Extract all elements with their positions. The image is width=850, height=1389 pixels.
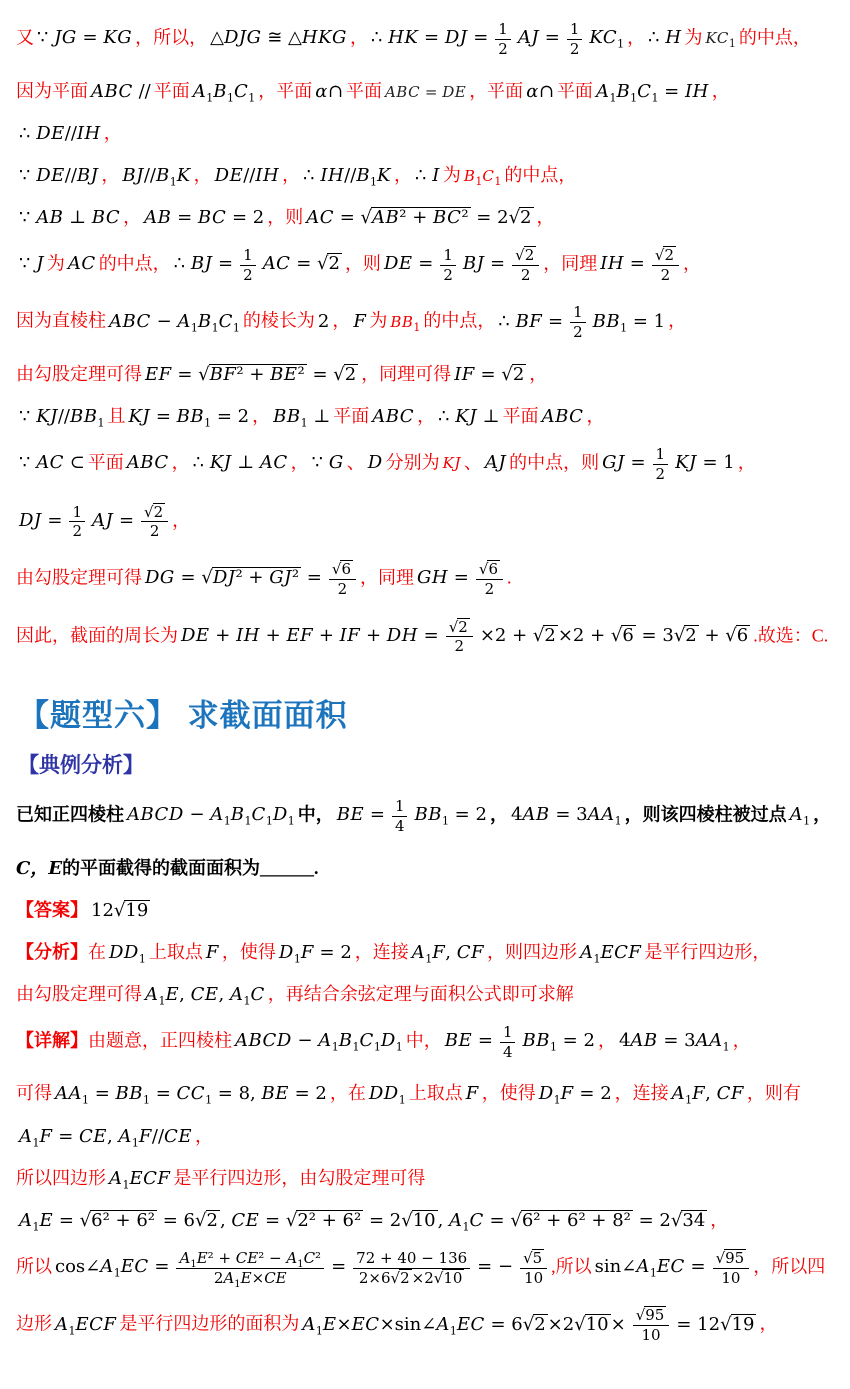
math-variable: C	[482, 167, 494, 185]
math-variable: F	[692, 1083, 705, 1104]
text-run: 因为直棱柱	[16, 311, 106, 331]
text-run: .故选：C.	[753, 625, 828, 645]
math-variable: AA	[55, 1083, 82, 1104]
solution-line: ∴ DE//IH，	[16, 120, 835, 147]
text-run: 由勾股定理可得	[16, 364, 142, 384]
radical: √2	[195, 1210, 220, 1231]
numerator: √2	[446, 618, 473, 638]
math-variable: AA	[696, 1030, 723, 1051]
text-run: ，	[813, 804, 831, 824]
subscript: 1	[396, 1041, 403, 1054]
math-variable: C	[360, 1030, 374, 1051]
math-variable: DJ	[213, 567, 236, 588]
example-line: 【分析】在DD1上取点F，使得D1F = 2，连接A1F, CF，则四边形A1E…	[16, 939, 835, 966]
radicand: 2	[327, 253, 341, 274]
fraction: 12	[240, 246, 256, 285]
math-variable: A	[672, 1083, 686, 1104]
text-run: 、	[347, 452, 365, 472]
math-variable: B	[616, 81, 630, 102]
text-run: 是平行四边形，由勾股定理可得	[173, 1168, 425, 1188]
text-run: 是平行四边形，	[644, 942, 770, 962]
example-line: 可得AA1 = BB1 = CC1 = 8, BE = 2，在DD1上取点F，使…	[16, 1080, 835, 1107]
text-run: 中，	[406, 1030, 442, 1050]
radical: √2	[144, 503, 165, 521]
math-variable: ABC	[385, 83, 420, 101]
math-run: A1ECF	[109, 1168, 170, 1189]
math-run: 4AB = 3AA1	[619, 1030, 730, 1051]
math-run: 4AB = 3AA1	[511, 804, 622, 825]
math-run: ∴ KJ ⊥ AC	[193, 452, 288, 473]
fraction: A1E² + CE² − A1C²2A1E×CE	[176, 1249, 324, 1288]
subscript: 1	[123, 1178, 130, 1191]
math-run: ∵ JG = KG	[37, 27, 132, 48]
math-variable: B	[231, 804, 245, 825]
text-run: 所以	[16, 1256, 52, 1276]
math-variable: C	[219, 311, 233, 332]
math-variable: BJ	[122, 165, 143, 186]
math-variable: F	[40, 1126, 53, 1147]
math-variable: KJ	[128, 406, 150, 427]
math-run: D	[368, 452, 383, 473]
math-variable: A	[302, 1314, 316, 1335]
math-run: =	[331, 1256, 346, 1277]
math-run: ∴ DE//IH	[19, 123, 101, 144]
math-variable: EC	[657, 1256, 685, 1277]
text-run: ，平面	[469, 81, 523, 101]
math-variable: BC	[92, 207, 120, 228]
math-variable: CF	[717, 1083, 744, 1104]
math-run: ∴ IH//B1K	[303, 165, 391, 186]
solution-line: 又∵ JG = KG，所以，△DJG ≅ △HKG，∴ HK = DJ =12A…	[16, 20, 835, 59]
radical: √AB² + BC²	[361, 207, 471, 228]
example-line: A1F = CE, A1F//CE，	[16, 1123, 835, 1150]
math-run: ABC	[542, 406, 584, 427]
denominator: 2	[652, 266, 679, 285]
numerator: 72 + 40 − 136	[353, 1249, 470, 1269]
example-line: A1E = √6² + 6² = 6√2, CE = √2² + 6² = 2√…	[16, 1207, 835, 1234]
math-variable: JG	[54, 27, 77, 48]
radical: √95	[716, 1249, 747, 1267]
math-variable: B	[198, 311, 212, 332]
math-variable: DD	[109, 942, 139, 963]
text-run: ，连接	[615, 1083, 669, 1103]
radicand: 10	[585, 1314, 611, 1335]
math-run: = 12√19	[676, 1314, 756, 1335]
math-run: DE//IH	[215, 165, 280, 186]
math-variable: DE	[215, 165, 244, 186]
math-variable: BJ	[191, 253, 212, 274]
math-variable: DJ	[445, 27, 468, 48]
math-variable: DG	[145, 567, 175, 588]
math-variable: F	[432, 942, 445, 963]
radical: √6	[332, 560, 353, 578]
math-variable: B	[213, 81, 227, 102]
radical: √19	[114, 900, 150, 921]
math-variable: GJ	[269, 567, 292, 588]
radical: √2² + 6²	[286, 1210, 363, 1231]
math-run: DE =	[384, 253, 433, 274]
example-line: 【答案】12√19	[16, 897, 835, 924]
math-variable: D	[279, 942, 294, 963]
math-run: ∵ J	[19, 253, 44, 274]
math-run: ABC	[372, 406, 414, 427]
subscript: 1	[594, 952, 601, 965]
math-variable: E	[48, 858, 62, 879]
math-run: AC = √2	[263, 253, 342, 274]
math-run: ABC = DE	[385, 83, 466, 101]
math-run: A1E×EC×sin∠A1EC = 6√2×2√10×	[302, 1314, 625, 1335]
math-run: KJ = BB1 = 2	[128, 406, 249, 427]
subsection-heading: 【典例分析】	[18, 749, 835, 779]
math-variable: BF	[516, 311, 543, 332]
math-variable: AB	[522, 804, 549, 825]
math-run: BB1 = 1	[593, 311, 665, 332]
math-variable: A	[636, 1256, 650, 1277]
math-variable: CE	[236, 1249, 258, 1267]
math-variable: DE	[384, 253, 413, 274]
math-run: ×2 + √2×2 + √6 = 3√2 + √6	[480, 625, 750, 646]
text-run: 、	[464, 452, 482, 472]
radical: √95	[636, 1306, 667, 1324]
text-run: 为	[685, 27, 703, 47]
denominator: 2	[329, 580, 356, 599]
text-run: 的平面截得的截面面积为______.	[62, 858, 319, 878]
radicand: 95	[644, 1306, 666, 1324]
text-run: 由勾股定理可得	[16, 567, 142, 587]
text-run: ，	[172, 510, 190, 530]
math-variable: ABC	[91, 81, 133, 102]
math-variable: J	[36, 253, 44, 274]
math-variable: C	[16, 858, 30, 879]
radical: √6	[479, 560, 500, 578]
text-run: ，在	[330, 1083, 366, 1103]
math-run: ABCD − A1B1C1D1	[235, 1030, 403, 1051]
radical: √6² + 6² + 8²	[510, 1210, 633, 1231]
math-run: ∴ KJ ⊥	[438, 406, 500, 427]
text-run: ，	[291, 452, 309, 472]
text-run: C，E	[16, 858, 62, 879]
math-run: BB1 = 2	[522, 1030, 594, 1051]
math-variable: A	[436, 1314, 450, 1335]
math-run: = −	[477, 1256, 513, 1277]
subscript: 1	[143, 1094, 150, 1107]
math-run: AJ =	[92, 510, 134, 531]
text-run: ，	[712, 81, 730, 101]
math-run: A1E = √6² + 6² = 6√2, CE = √2² + 6² = 2√…	[19, 1210, 707, 1231]
radicand: 6	[621, 625, 635, 646]
text-run: ，所以，	[135, 27, 207, 47]
text-run: ，则四边形	[487, 942, 577, 962]
text-run: 平面	[346, 81, 382, 101]
fraction: 14	[392, 797, 408, 836]
example-line: 边形A1ECF是平行四边形的面积为A1E×EC×sin∠A1EC = 6√2×2…	[16, 1306, 835, 1345]
math-variable: EC	[121, 1256, 149, 1277]
math-run: ABCD − A1B1C1D1	[127, 804, 295, 825]
radicand: 95	[724, 1249, 746, 1267]
math-run: AA1 = BB1 = CC1 = 8, BE = 2	[55, 1083, 327, 1104]
subscript: 1	[212, 321, 219, 334]
example-section: 已知正四棱柱ABCD − A1B1C1D1中，BE =14BB1 = 2，4AB…	[16, 797, 835, 1345]
math-variable: C	[304, 1249, 315, 1267]
solution-line: ∵ KJ//BB1且KJ = BB1 = 2，BB1 ⊥平面ABC，∴ KJ ⊥…	[16, 403, 835, 430]
text-run: 上取点	[149, 942, 203, 962]
math-run: AJ	[485, 452, 506, 473]
math-variable: α	[526, 81, 539, 102]
math-variable: IH	[77, 123, 101, 144]
math-variable: AB	[36, 207, 63, 228]
text-run: ，	[282, 165, 300, 185]
text-run: 在	[88, 942, 106, 962]
math-variable: BB	[414, 804, 441, 825]
math-variable: F	[353, 311, 366, 332]
math-run: AB = BC = 2	[144, 207, 264, 228]
math-variable: D	[381, 1030, 396, 1051]
math-run: B1C1	[464, 167, 502, 185]
fraction: 12	[495, 20, 511, 59]
solution-line: 因为平面ABC //平面A1B1C1，平面α∩平面ABC = DE，平面α∩平面…	[16, 78, 835, 105]
text-run: 的棱长为	[243, 311, 315, 331]
text-run: ，则	[267, 207, 303, 227]
math-variable: E	[241, 1269, 252, 1287]
math-variable: I	[432, 165, 440, 186]
math-run: A1	[790, 804, 811, 825]
radicand: AB² + BC²	[371, 207, 471, 228]
radicand: 2	[457, 618, 470, 636]
text-run: ，	[586, 406, 604, 426]
fraction: √9510	[713, 1249, 750, 1288]
denominator: 4	[392, 817, 408, 836]
math-variable: AJ	[518, 27, 539, 48]
radical: √2	[674, 625, 699, 646]
math-variable: KC	[589, 27, 617, 48]
math-run: KC1	[706, 29, 736, 47]
math-variable: DJ	[19, 510, 42, 531]
math-variable: KJ	[36, 406, 58, 427]
radical: √2	[515, 246, 536, 264]
subscript: 1	[248, 91, 255, 104]
math-run: ∵ G	[312, 452, 344, 473]
denominator: 2	[476, 580, 503, 599]
math-variable: HK	[388, 27, 418, 48]
math-run: ABC − A1B1C1	[109, 311, 240, 332]
math-variable: A	[318, 1030, 332, 1051]
denominator: 2	[495, 40, 511, 59]
text-run: ，	[738, 452, 756, 472]
numerator: √2	[512, 246, 539, 266]
subscript: 1	[617, 38, 624, 51]
math-run: ∴ BJ =	[174, 253, 233, 274]
math-run: KJ = 1	[675, 452, 735, 473]
math-variable: B	[356, 165, 370, 186]
math-variable: D	[273, 804, 288, 825]
text-run: ，	[394, 165, 412, 185]
math-run: ∵ DE//BJ	[19, 165, 98, 186]
example-line: C，E的平面截得的截面面积为______.	[16, 855, 835, 882]
math-variable: CE	[191, 984, 219, 1005]
radical: √DJ² + GJ²	[201, 567, 301, 588]
fraction: √22	[446, 618, 473, 657]
radicand: 6	[487, 560, 500, 578]
math-run: A1B1C1 = IH	[596, 81, 709, 102]
subscript: 1	[245, 815, 252, 828]
text-run: ，	[627, 27, 645, 47]
math-run: ABC //	[91, 81, 151, 102]
subscript: 1	[139, 952, 146, 965]
math-variable: CE	[79, 1126, 107, 1147]
subscript: 1	[170, 175, 177, 188]
numerator: 1	[392, 797, 408, 817]
solution-line: ∵ AC ⊂平面ABC，∴ KJ ⊥ AC，∵ G、D分别为KJ、AJ的中点，则…	[16, 445, 835, 484]
fraction: √62	[476, 560, 503, 599]
math-variable: B	[156, 165, 170, 186]
example-line: 由勾股定理可得A1E, CE, A1C，再结合余弦定理与面积公式即可求解	[16, 981, 835, 1008]
text-run: 的中点，	[423, 311, 495, 331]
text-run: 边形	[16, 1314, 52, 1334]
numerator: √6	[476, 560, 503, 580]
math-run: DD1	[369, 1083, 406, 1104]
numerator: 1	[570, 303, 586, 323]
math-variable: ECF	[76, 1314, 117, 1335]
numerator: √5	[520, 1249, 547, 1269]
subscript: 1	[266, 815, 273, 828]
text-run: ，	[332, 311, 350, 331]
radicand: 6	[736, 625, 750, 646]
text-run: 所以四边形	[16, 1168, 106, 1188]
radicand: BF² + BE²	[209, 364, 307, 385]
text-run: ，	[537, 207, 555, 227]
math-variable: IH	[600, 253, 624, 274]
math-variable: A	[580, 942, 594, 963]
text-run: 因为平面	[16, 81, 88, 101]
math-variable: C	[252, 804, 266, 825]
math-variable: BB	[116, 1083, 143, 1104]
math-variable: A	[210, 804, 224, 825]
math-variable: DE	[442, 83, 466, 101]
math-variable: AC	[260, 452, 288, 473]
numerator: A1E² + CE² − A1C²	[176, 1249, 324, 1269]
math-variable: A	[230, 984, 244, 1005]
math-variable: A	[179, 1249, 190, 1267]
fraction: 72 + 40 − 1362×6√2×2√10	[353, 1249, 470, 1288]
math-run: α∩	[526, 81, 554, 102]
radicand: DJ² + GJ²	[212, 567, 301, 588]
text-run: ，	[759, 1314, 777, 1334]
math-run: DE + IH + EF + IF + DH =	[181, 625, 439, 646]
radical: √2	[533, 625, 558, 646]
math-variable: BB	[177, 406, 204, 427]
radical: √6² + 6²	[80, 1210, 157, 1231]
document-page: 又∵ JG = KG，所以，△DJG ≅ △HKG，∴ HK = DJ =12A…	[0, 0, 850, 1345]
subscript: 1	[463, 1220, 470, 1233]
text-run: ，使得	[482, 1083, 536, 1103]
math-run: cos∠A1EC =	[55, 1256, 169, 1277]
subscript: 1	[803, 815, 810, 828]
denominator: 2	[446, 637, 473, 656]
text-run: 中，	[298, 804, 334, 824]
math-variable: AC	[263, 253, 291, 274]
subscript: 1	[550, 1041, 557, 1054]
denominator: 2	[69, 522, 85, 541]
math-run: EF = √BF² + BE² = √2	[145, 364, 358, 385]
math-variable: KJ	[455, 406, 477, 427]
solution-line: 因此，截面的周长为DE + IH + EF + IF + DH =√22×2 +…	[16, 618, 835, 657]
numerator: 1	[500, 1023, 516, 1043]
subscript: 1	[450, 1324, 457, 1337]
fraction: 14	[500, 1023, 516, 1062]
math-variable: CF	[457, 942, 484, 963]
subscript: 1	[69, 1324, 76, 1337]
radicand: 6² + 6² + 8²	[521, 1210, 633, 1231]
radical: √BF² + BE²	[198, 364, 307, 385]
math-run: A1ECF	[55, 1314, 116, 1335]
radical: √2	[449, 618, 470, 636]
radicand: 6² + 6²	[90, 1210, 157, 1231]
text-run: ，	[252, 406, 270, 426]
fraction: 12	[69, 503, 85, 542]
math-variable: DJG	[224, 27, 262, 48]
math-variable: DE	[36, 165, 65, 186]
math-variable: BC	[433, 207, 461, 228]
numerator: 1	[69, 503, 85, 523]
radical: √6	[725, 625, 750, 646]
subscript: 1	[97, 417, 104, 430]
math-variable: ABC	[542, 406, 584, 427]
math-run: BJ =	[463, 253, 505, 274]
math-variable: ECF	[601, 942, 642, 963]
solution-line: 由勾股定理可得EF = √BF² + BE² = √2，同理可得IF = √2，	[16, 361, 835, 388]
text-run: ，	[194, 165, 212, 185]
math-variable: ABC	[127, 452, 169, 473]
math-run: BJ//B1K	[122, 165, 190, 186]
math-variable: EF	[286, 625, 313, 646]
math-variable: AC	[68, 253, 96, 274]
math-variable: ABC	[372, 406, 414, 427]
math-variable: C	[250, 984, 264, 1005]
radicand: 2	[684, 625, 698, 646]
math-variable: K	[177, 165, 191, 186]
subscript: 1	[442, 815, 449, 828]
subscript: 1	[723, 1041, 730, 1054]
subscript: 1	[353, 1041, 360, 1054]
math-variable: BC	[198, 207, 226, 228]
text-run: 的中点，则	[509, 452, 599, 472]
math-run: 12√19	[91, 900, 150, 921]
text-run: 由题意，正四棱柱	[88, 1030, 232, 1050]
denominator: 4	[500, 1043, 516, 1062]
subscript: 1	[332, 1041, 339, 1054]
denominator: 2	[512, 266, 539, 285]
math-variable: E	[166, 984, 180, 1005]
text-run: 的中点，	[739, 27, 811, 47]
numerator: 1	[653, 445, 669, 465]
numerator: 1	[240, 246, 256, 266]
denominator: 2A1E×CE	[176, 1269, 324, 1288]
math-run: BB1	[390, 313, 420, 331]
solution-line: ∵ DE//BJ，BJ//B1K，DE//IH，∴ IH//B1K，∴ I为B1…	[16, 162, 835, 189]
math-run: △DJG ≅ △HKG	[210, 27, 347, 48]
radicand: 2	[206, 1210, 220, 1231]
math-variable: BE	[445, 1030, 472, 1051]
fraction: 12	[653, 445, 669, 484]
solution-line: ∵ J为AC的中点，∴ BJ =12AC = √2，则DE =12BJ =√22…	[16, 246, 835, 285]
text-run: .	[507, 567, 512, 587]
math-run: ∴ H	[648, 27, 681, 48]
text-run: 为	[47, 253, 65, 273]
text-run: 平面	[88, 452, 124, 472]
radical: √10	[401, 1210, 437, 1231]
math-variable: E	[197, 1249, 208, 1267]
math-variable: BB	[70, 406, 97, 427]
